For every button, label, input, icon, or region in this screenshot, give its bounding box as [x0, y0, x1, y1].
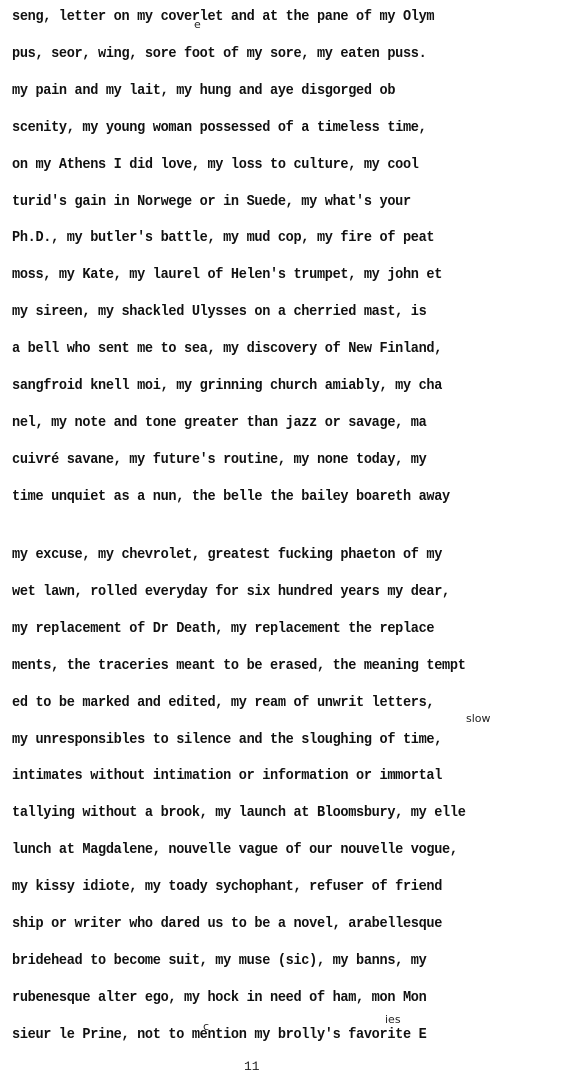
text-line: my excuse, my chevrolet, greatest fuckin…: [12, 546, 442, 564]
text-line: sangfroid knell moi, my grinning church …: [12, 377, 442, 395]
text-line: my pain and my lait, my hung and aye dis…: [12, 82, 395, 100]
text-line: on my Athens I did love, my loss to cult…: [12, 156, 419, 174]
text-line: rubenesque alter ego, my hock in need of…: [12, 989, 426, 1007]
text-line: scenity, my young woman possessed of a t…: [12, 119, 426, 137]
typescript-page: seng, letter on my coverlet and at the p…: [0, 0, 564, 1079]
text-line: cuivré savane, my future's routine, my n…: [12, 451, 426, 469]
text-line: bridehead to become suit, my muse (sic),…: [12, 952, 426, 970]
text-line: tallying without a brook, my launch at B…: [12, 804, 466, 822]
handwritten-mark-prince: c: [203, 1020, 209, 1033]
text-line: my unresponsibles to silence and the slo…: [12, 731, 442, 749]
text-line: ed to be marked and edited, my ream of u…: [12, 694, 434, 712]
text-line: time unquiet as a nun, the belle the bai…: [12, 488, 450, 506]
text-line: sieur le Prine, not to mention my brolly…: [12, 1026, 426, 1044]
text-line: lunch at Magdalene, nouvelle vague of ou…: [12, 841, 458, 859]
handwritten-insert-ies: ies: [385, 1013, 401, 1026]
text-line: a bell who sent me to sea, my discovery …: [12, 340, 442, 358]
page-number: 11: [244, 1059, 260, 1074]
text-line: seng, letter on my coverlet and at the p…: [12, 8, 434, 26]
text-line: ments, the traceries meant to be erased,…: [12, 657, 466, 675]
text-line: my sireen, my shackled Ulysses on a cher…: [12, 303, 426, 321]
handwritten-correction-sore: e: [194, 18, 201, 31]
text-line: pus, seor, wing, sore foot of my sore, m…: [12, 45, 426, 63]
text-line: nel, my note and tone greater than jazz …: [12, 414, 426, 432]
text-line: wet lawn, rolled everyday for six hundre…: [12, 583, 450, 601]
text-line: Ph.D., my butler's battle, my mud cop, m…: [12, 229, 434, 247]
handwritten-insert-slow: slow: [466, 712, 491, 725]
text-line: my replacement of Dr Death, my replaceme…: [12, 620, 434, 638]
text-line: my kissy idiote, my toady sychophant, re…: [12, 878, 442, 896]
text-line: moss, my Kate, my laurel of Helen's trum…: [12, 266, 442, 284]
text-line: turid's gain in Norwege or in Suede, my …: [12, 193, 411, 211]
text-line: intimates without intimation or informat…: [12, 767, 442, 785]
text-line: ship or writer who dared us to be a nove…: [12, 915, 442, 933]
